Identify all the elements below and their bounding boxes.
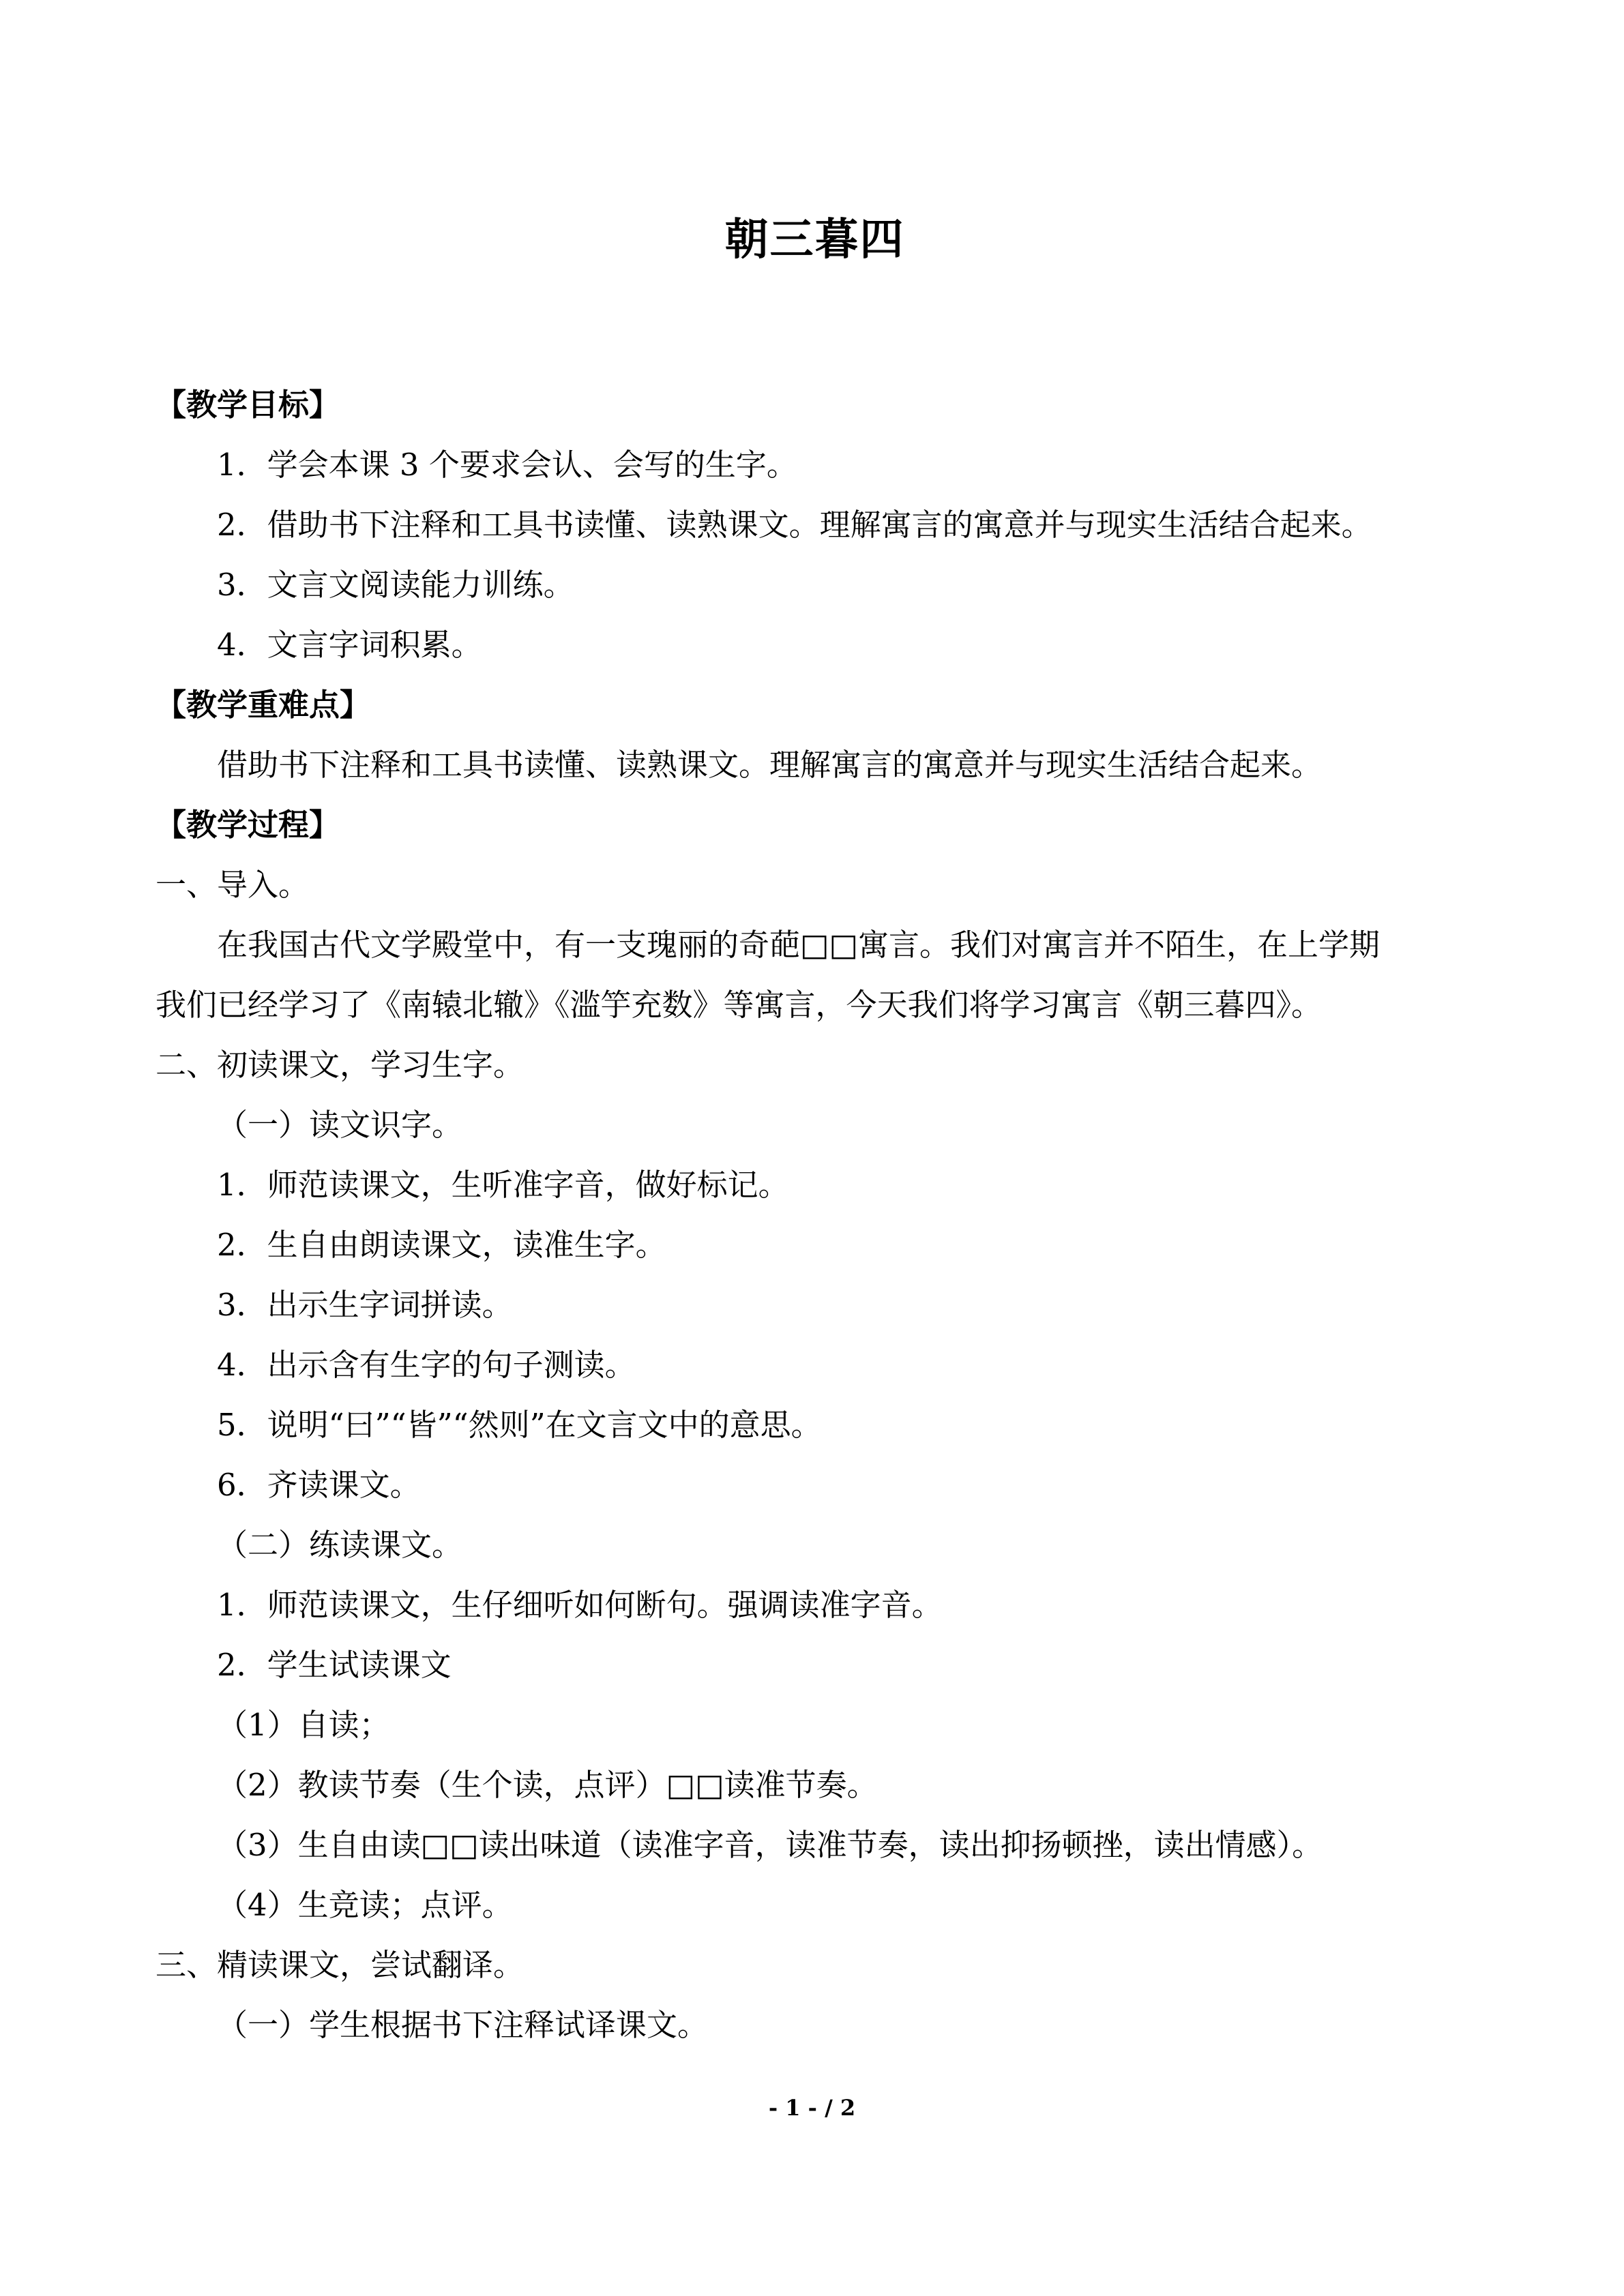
reading-task-3: 3．出示生字词拼读。 — [156, 1275, 1474, 1335]
process-step-1-label: 一、导入。 — [156, 855, 1474, 915]
substep-1-read-recognize-label: （一）读文识字。 — [156, 1095, 1474, 1155]
practice-subtask-4: （4）生竞读；点评。 — [156, 1875, 1474, 1935]
practice-subtask-2: （2）教读节奏（生个读，点评）□□读准节奏。 — [156, 1755, 1474, 1815]
practice-task-2: 2．学生试读课文 — [156, 1635, 1474, 1695]
objective-item-2: 2．借助书下注释和工具书读懂、读熟课文。理解寓言的寓意并与现实生活结合起来。 — [156, 495, 1474, 555]
page-number-footer: - 1 - / 2 — [0, 2095, 1624, 2121]
practice-subtask-3: （3）生自由读□□读出味道（读准字音，读准节奏，读出抑扬顿挫，读出情感）。 — [156, 1815, 1474, 1875]
section-heading-process: 【教学过程】 — [156, 795, 1474, 855]
document-content: 朝三暮四 【教学目标】 1．学会本课 3 个要求会认、会写的生字。 2．借助书下… — [156, 0, 1474, 2055]
practice-subtask-1: （1）自读； — [156, 1695, 1474, 1755]
process-step-2-label: 二、初读课文，学习生字。 — [156, 1035, 1474, 1095]
key-points-text: 借助书下注释和工具书读懂、读熟课文。理解寓言的寓意并与现实生活结合起来。 — [156, 735, 1474, 795]
reading-task-5: 5．说明“曰”“皆”“然则”在文言文中的意思。 — [156, 1395, 1474, 1455]
reading-task-2: 2．生自由朗读课文，读准生字。 — [156, 1215, 1474, 1275]
objective-item-4: 4．文言字词积累。 — [156, 615, 1474, 675]
reading-task-1: 1．师范读课文，生听准字音，做好标记。 — [156, 1155, 1474, 1215]
document-title: 朝三暮四 — [156, 205, 1474, 275]
document-page: 朝三暮四 【教学目标】 1．学会本课 3 个要求会认、会写的生字。 2．借助书下… — [0, 0, 1624, 2296]
reading-task-6: 6．齐读课文。 — [156, 1455, 1474, 1515]
section-heading-key-points: 【教学重难点】 — [156, 675, 1474, 735]
reading-task-4: 4．出示含有生字的句子测读。 — [156, 1335, 1474, 1395]
substep-1-translate-label: （一）学生根据书下注释试译课文。 — [156, 1995, 1474, 2055]
substep-2-practice-reading-label: （二）练读课文。 — [156, 1515, 1474, 1575]
intro-paragraph-line-1: 在我国古代文学殿堂中，有一支瑰丽的奇葩□□寓言。我们对寓言并不陌生，在上学期 — [156, 915, 1474, 975]
practice-task-1: 1．师范读课文，生仔细听如何断句。强调读准字音。 — [156, 1575, 1474, 1635]
section-heading-objectives: 【教学目标】 — [156, 375, 1474, 435]
objective-item-3: 3．文言文阅读能力训练。 — [156, 555, 1474, 615]
intro-paragraph-line-2: 我们已经学习了《南辕北辙》《滥竽充数》等寓言，今天我们将学习寓言《朝三暮四》。 — [156, 975, 1474, 1035]
process-step-3-label: 三、精读课文，尝试翻译。 — [156, 1935, 1474, 1995]
objective-item-1: 1．学会本课 3 个要求会认、会写的生字。 — [156, 435, 1474, 495]
document-body: 【教学目标】 1．学会本课 3 个要求会认、会写的生字。 2．借助书下注释和工具… — [156, 375, 1474, 2055]
